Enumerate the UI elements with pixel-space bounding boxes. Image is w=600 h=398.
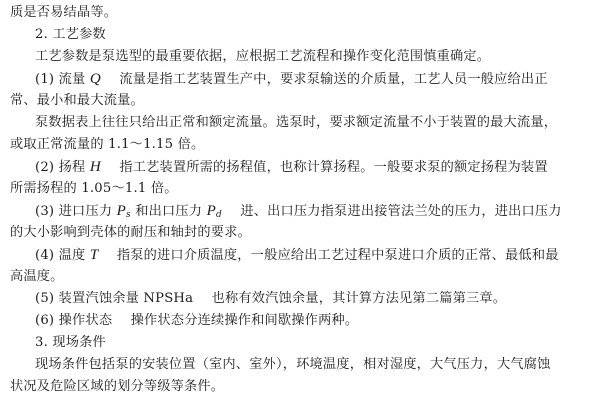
item-text: 也称有效汽蚀余量，其计算方法见第二篇第三章。: [212, 291, 507, 306]
item-text: 指泵的进口介质温度，一般应给出工艺过程中泵进口介质的正常、最低和最: [117, 248, 559, 263]
text-line: 现场条件包括泵的安装位置（室内、室外），环境温度，相对湿度，大气压力，大气腐蚀: [35, 354, 551, 376]
document-page: 质是否易结晶等。 2. 工艺参数 工艺参数是泵选型的最重要依据，应根据工艺流程和…: [0, 0, 600, 398]
item-text: 操作状态分连续操作和间歇操作两种。: [131, 313, 359, 328]
variable-symbol: T: [90, 247, 99, 263]
section-heading-site-conditions: 3. 现场条件: [35, 332, 106, 354]
variable-symbol: H: [90, 159, 101, 175]
item-operation-state: (6) 操作状态 操作状态分连续操作和间歇操作两种。: [35, 310, 358, 332]
text-line: 质是否易结晶等。: [10, 2, 117, 24]
item-label: (6) 操作状态: [35, 313, 112, 328]
item-text: 指工艺装置所需的扬程值，也称计算扬程。一般要求泵的额定扬程为装置: [119, 160, 547, 175]
item-label: (1) 流量: [35, 72, 85, 87]
text-line: 工艺参数是泵选型的最重要依据，应根据工艺流程和操作变化范围慎重确定。: [35, 46, 490, 68]
text-line: 所需扬程的 1.05～1.1 倍。: [10, 178, 178, 200]
item-head: (2) 扬程 H 指工艺装置所需的扬程值，也称计算扬程。一般要求泵的额定扬程为装…: [35, 156, 548, 178]
item-temperature: (4) 温度 T 指泵的进口介质温度，一般应给出工艺过程中泵进口介质的正常、最低…: [35, 244, 559, 266]
section-heading-process-parameters: 2. 工艺参数: [35, 24, 106, 46]
subscript: d: [216, 210, 222, 220]
item-text: 流量是指工艺装置生产中，要求泵输送的介质量，工艺人员一般应给出正: [119, 72, 547, 87]
text-line: 的大小影响到壳体的耐压和轴封的要求。: [10, 222, 251, 244]
item-label: (2) 扬程: [35, 160, 85, 175]
variable-symbol: Q: [90, 71, 101, 87]
text-line: 常、最小和最大流量。: [10, 90, 144, 112]
text-line: 状况及危险区域的划分等级等条件。: [10, 376, 224, 398]
text-line: 高温度。: [10, 266, 64, 288]
item-label: (3) 进口压力: [35, 204, 112, 219]
subscript: s: [126, 210, 131, 220]
item-label: (4) 温度: [35, 248, 85, 263]
text-line: 或取正常流量的 1.1～1.15 倍。: [10, 134, 204, 156]
variable-symbol: P: [117, 203, 126, 219]
item-label-mid: 和出口压力: [135, 204, 202, 219]
item-pressure: (3) 进口压力 Ps 和出口压力 Pd 进、出口压力指泵进出接管法兰处的压力，…: [35, 200, 562, 222]
item-label: (5) 装置汽蚀余量 NPSHa: [35, 291, 193, 306]
variable-symbol: P: [207, 203, 216, 219]
text-line: 泵数据表上往往只给出正常和额定流量。选泵时，要求额定流量不小于装置的最大流量，: [35, 112, 557, 134]
item-flow-rate: (1) 流量 Q 流量是指工艺装置生产中，要求泵输送的介质量，工艺人员一般应给出…: [35, 68, 548, 90]
item-text: 进、出口压力指泵进出接管法兰处的压力，进出口压力: [240, 204, 561, 219]
item-npsha: (5) 装置汽蚀余量 NPSHa 也称有效汽蚀余量，其计算方法见第二篇第三章。: [35, 288, 506, 310]
